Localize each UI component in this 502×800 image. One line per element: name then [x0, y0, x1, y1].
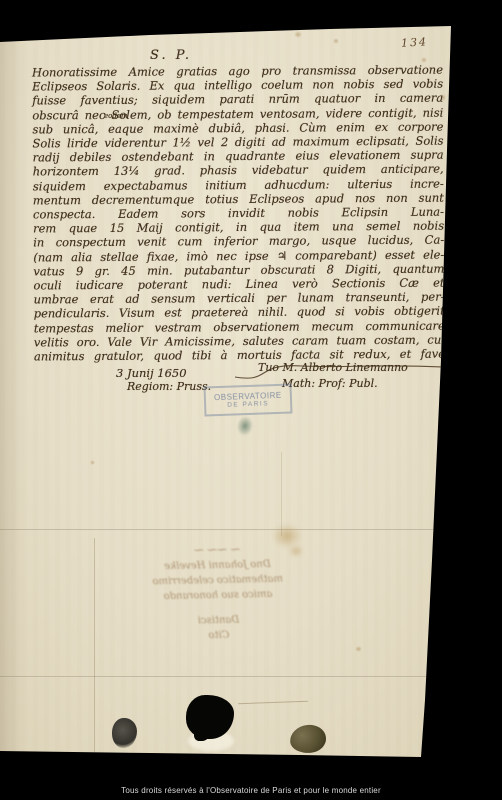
seal-hole [186, 695, 234, 739]
wax-seal-olive [289, 723, 328, 755]
foxing-spot [333, 38, 339, 44]
folio-number: 134 [401, 35, 429, 49]
letter-page: ⁓ ⁓⁓ ⁓ Dno Johanni Hevelke mathematico c… [0, 0, 502, 800]
verso-showthrough-text: ⁓ ⁓⁓ ⁓ Dno Johanni Hevelke mathematico c… [111, 541, 325, 645]
salutation: S. P. [150, 48, 192, 63]
vertical-fold-line [281, 452, 282, 536]
showthrough-line: Cito [113, 626, 325, 645]
observatoire-stamp: OBSERVATOIRE DE PARIS [204, 383, 293, 416]
wax-seal-grey [112, 718, 137, 748]
manuscript-scan-view: ⁓ ⁓⁓ ⁓ Dno Johanni Hevelke mathematico c… [0, 0, 502, 800]
copyright-caption: Tous droits réservés à l'Observatoire de… [0, 786, 502, 795]
letter-body: Honoratissime Amice gratias ago pro tran… [32, 63, 445, 364]
crease-line [238, 701, 308, 704]
showthrough-line: amico suo honorando [112, 586, 324, 605]
signature-title: Math: Prof: Publ. [282, 377, 378, 390]
horizontal-fold-line [0, 676, 438, 678]
interline-insert: eodem [104, 112, 128, 120]
vertical-fold-line [94, 538, 95, 752]
foxing-spot [294, 31, 302, 38]
signature-name: Tuo M. Alberto Linemanno [258, 361, 408, 374]
ink-smudge [235, 415, 255, 438]
foxing-spot [355, 646, 362, 652]
horizontal-fold-line [0, 529, 443, 531]
stamp-line: DE PARIS [227, 400, 269, 409]
foxing-spot [90, 460, 95, 465]
place-line: Regiom: Pruss. [127, 380, 211, 393]
date-line: 3 Junij 1650 [116, 366, 187, 380]
